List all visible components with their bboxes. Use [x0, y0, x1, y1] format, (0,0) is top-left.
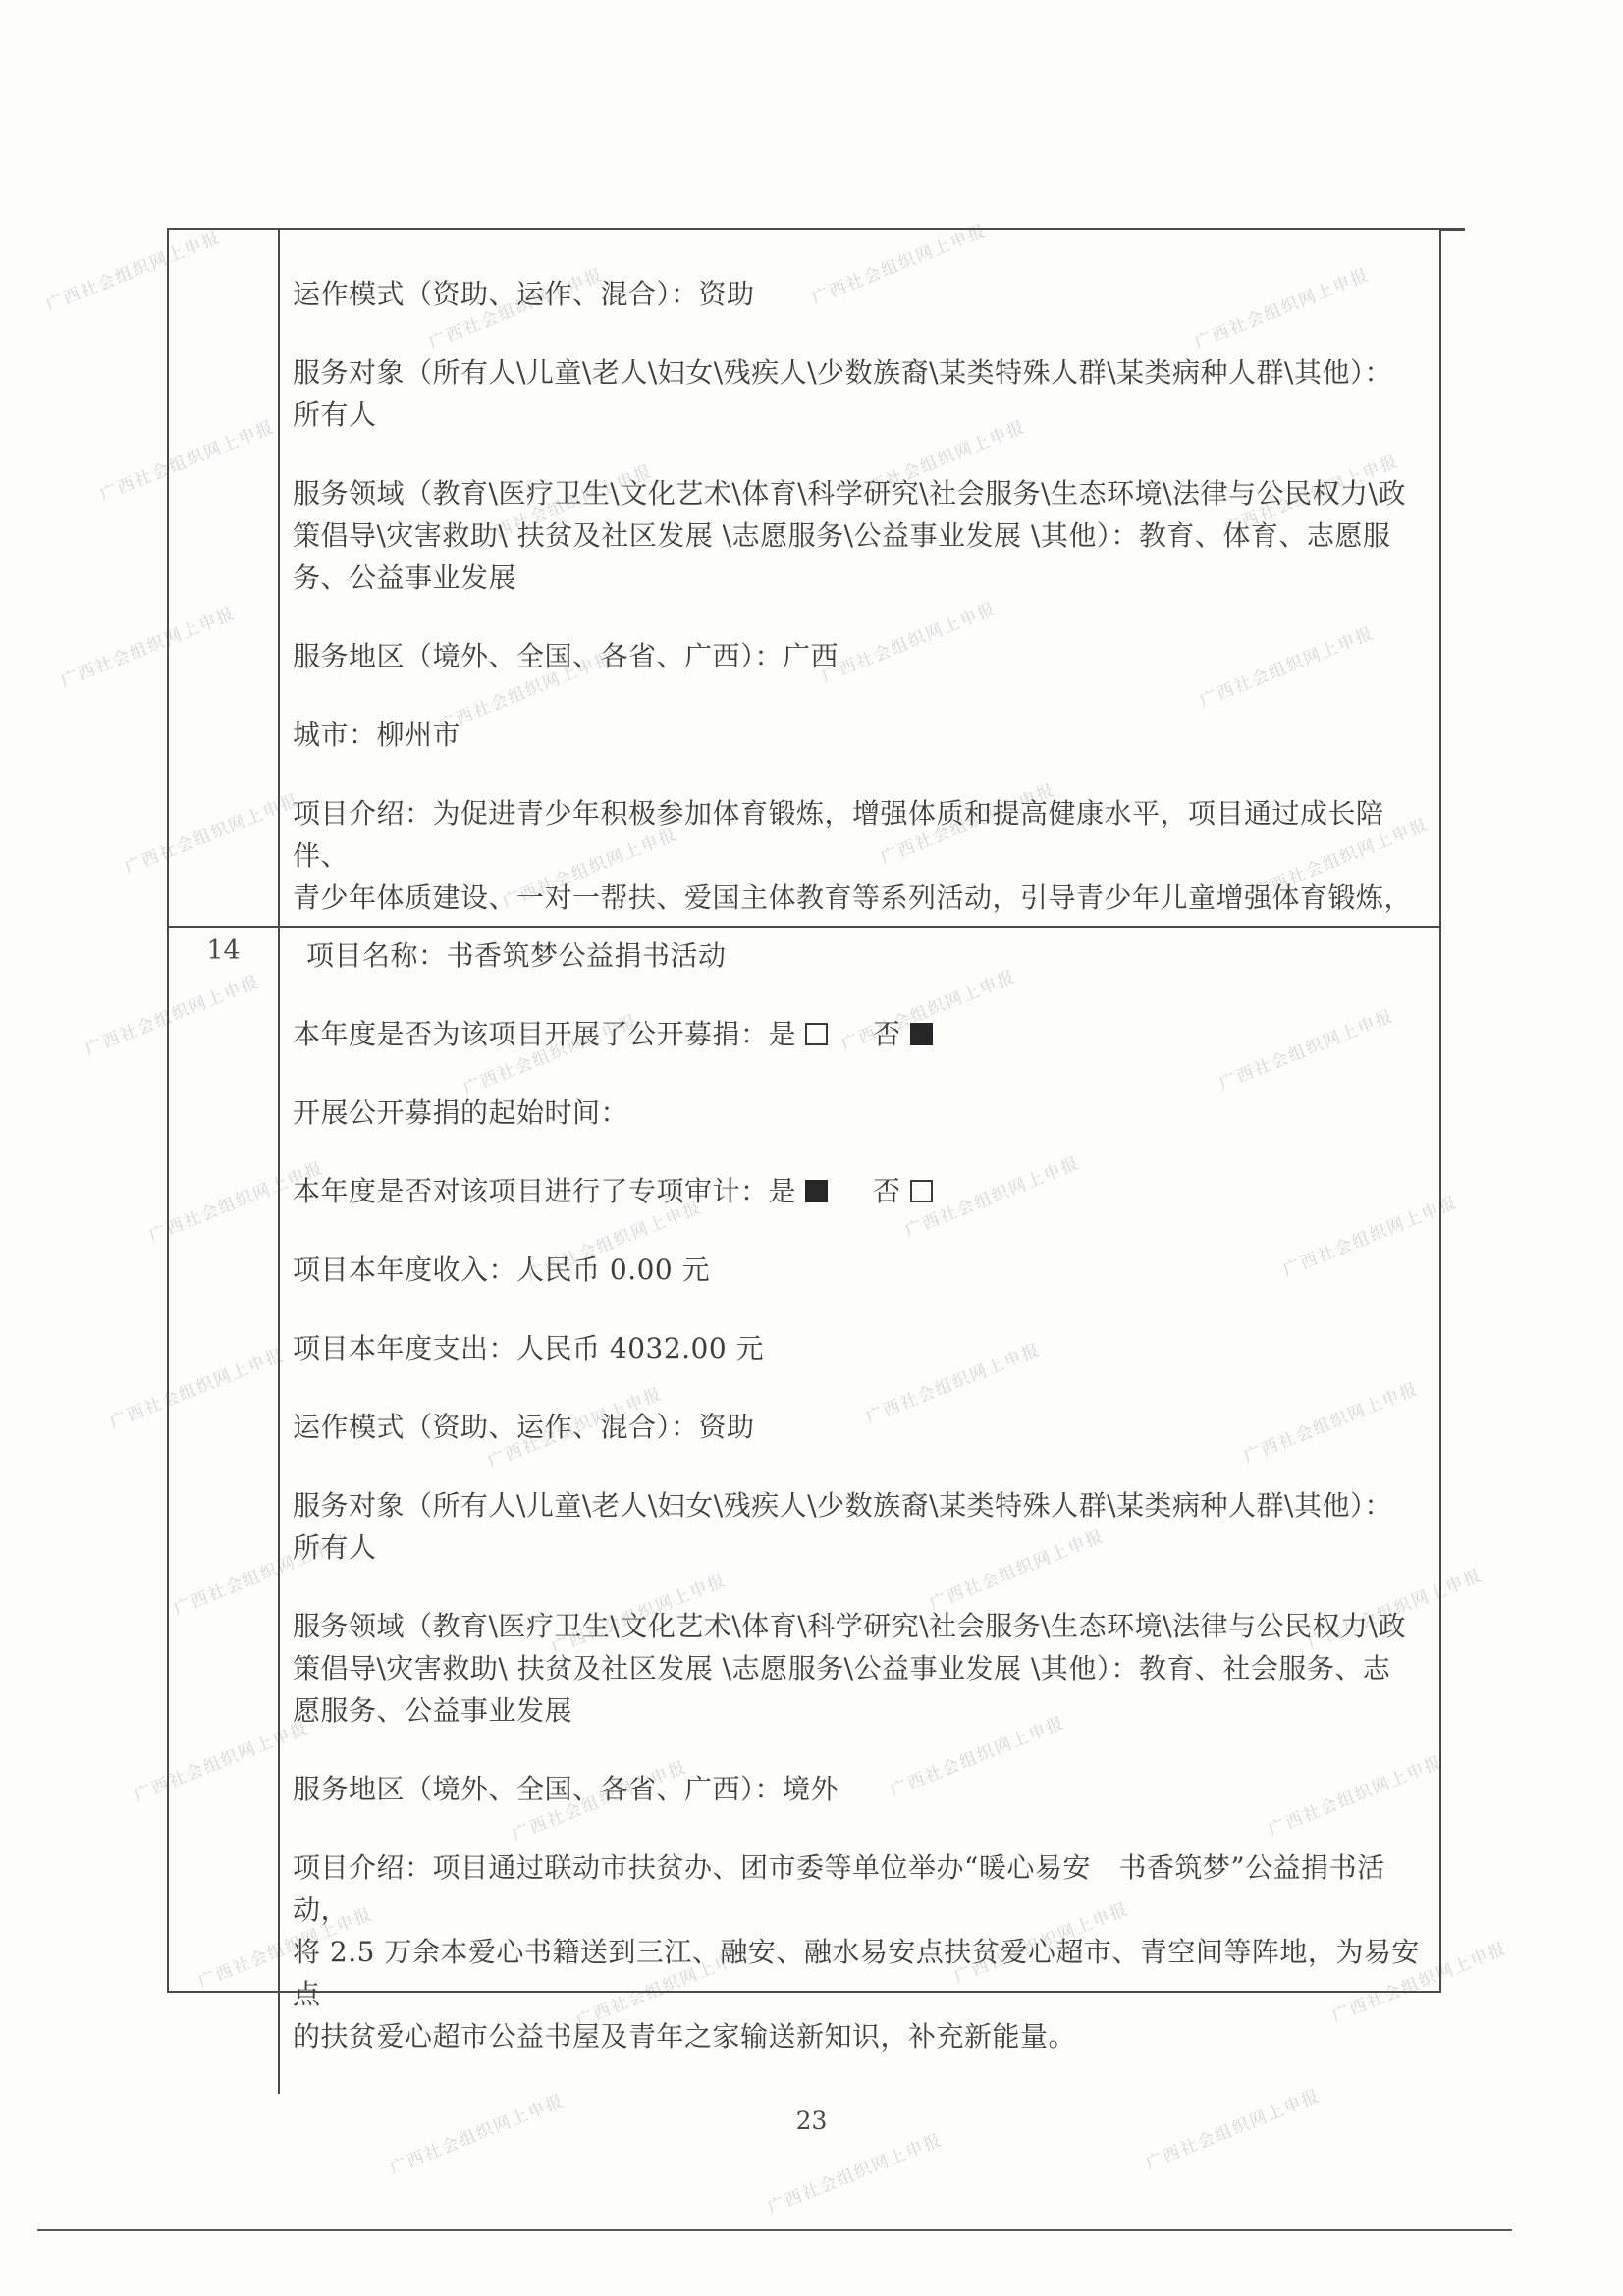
field-service-target: 服务对象（所有人\儿童\老人\妇女\残疾人\少数族裔\某类特殊人群\某类病种人群…	[293, 1484, 1426, 1569]
field-project-name: 项目名称：书香筑梦公益捐书活动	[293, 934, 1426, 977]
checkbox-yes-icon	[805, 1180, 828, 1202]
row-content-cell: 项目名称：书香筑梦公益捐书活动 本年度是否为该项目开展了公开募捐：是否 开展公开…	[280, 928, 1439, 2094]
row-index-cell	[169, 230, 280, 926]
field-service-field: 服务领域（教育\医疗卫生\文化艺术\体育\科学研究\社会服务\生态环境\法律与公…	[293, 1605, 1426, 1732]
table-row: 14 项目名称：书香筑梦公益捐书活动 本年度是否为该项目开展了公开募捐：是否 开…	[169, 928, 1439, 2094]
field-special-audit-label: 本年度是否对该项目进行了专项审计：	[293, 1175, 769, 1207]
field-annual-income: 项目本年度收入：人民币 0.00 元	[293, 1249, 1426, 1291]
table-row: 运作模式（资助、运作、混合）：资助 服务对象（所有人\儿童\老人\妇女\残疾人\…	[169, 230, 1439, 928]
checkbox-yes-icon	[805, 1023, 828, 1045]
yes-label: 是	[769, 1018, 797, 1050]
watermark-text: 广西社会组织网上申报	[763, 2125, 946, 2217]
field-operation-mode: 运作模式（资助、运作、混合）：资助	[293, 273, 1426, 315]
no-label: 否	[873, 1175, 901, 1207]
table-top-border-extension	[1439, 228, 1465, 231]
document-page: 广西社会组织网上申报广西社会组织网上申报广西社会组织网上申报广西社会组织网上申报…	[0, 0, 1623, 2296]
field-project-intro: 项目介绍：项目通过联动市扶贫办、团市委等单位举办“暖心易安 书香筑梦”公益捐书活…	[293, 1846, 1426, 2057]
row-index-cell: 14	[169, 928, 280, 2094]
checkbox-no-icon	[910, 1180, 933, 1202]
no-label: 否	[873, 1018, 901, 1050]
projects-table: 运作模式（资助、运作、混合）：资助 服务对象（所有人\儿童\老人\妇女\残疾人\…	[167, 228, 1441, 1993]
field-project-intro: 项目介绍：为促进青少年积极参加体育锻炼，增强体质和提高健康水平，项目通过成长陪伴…	[293, 792, 1426, 926]
checkbox-no-icon	[910, 1023, 933, 1045]
field-service-field: 服务领域（教育\医疗卫生\文化艺术\体育\科学研究\社会服务\生态环境\法律与公…	[293, 472, 1426, 599]
field-service-target: 服务对象（所有人\儿童\老人\妇女\残疾人\少数族裔\某类特殊人群\某类病种人群…	[293, 351, 1426, 436]
field-service-area: 服务地区（境外、全国、各省、广西）：广西	[293, 635, 1426, 677]
field-public-fundraising-label: 本年度是否为该项目开展了公开募捐：	[293, 1018, 769, 1050]
page-number: 23	[0, 2107, 1623, 2135]
field-service-area: 服务地区（境外、全国、各省、广西）：境外	[293, 1768, 1426, 1810]
yes-label: 是	[769, 1175, 797, 1207]
field-fundraising-start-time: 开展公开募捐的起始时间：	[293, 1092, 1426, 1134]
field-special-audit: 本年度是否对该项目进行了专项审计：是否	[293, 1170, 1426, 1212]
field-annual-expenditure: 项目本年度支出：人民币 4032.00 元	[293, 1327, 1426, 1369]
field-public-fundraising: 本年度是否为该项目开展了公开募捐：是否	[293, 1013, 1426, 1055]
row-content-cell: 运作模式（资助、运作、混合）：资助 服务对象（所有人\儿童\老人\妇女\残疾人\…	[280, 230, 1439, 926]
field-city: 城市：柳州市	[293, 714, 1426, 756]
field-operation-mode: 运作模式（资助、运作、混合）：资助	[293, 1406, 1426, 1448]
footer-rule	[37, 2229, 1512, 2231]
